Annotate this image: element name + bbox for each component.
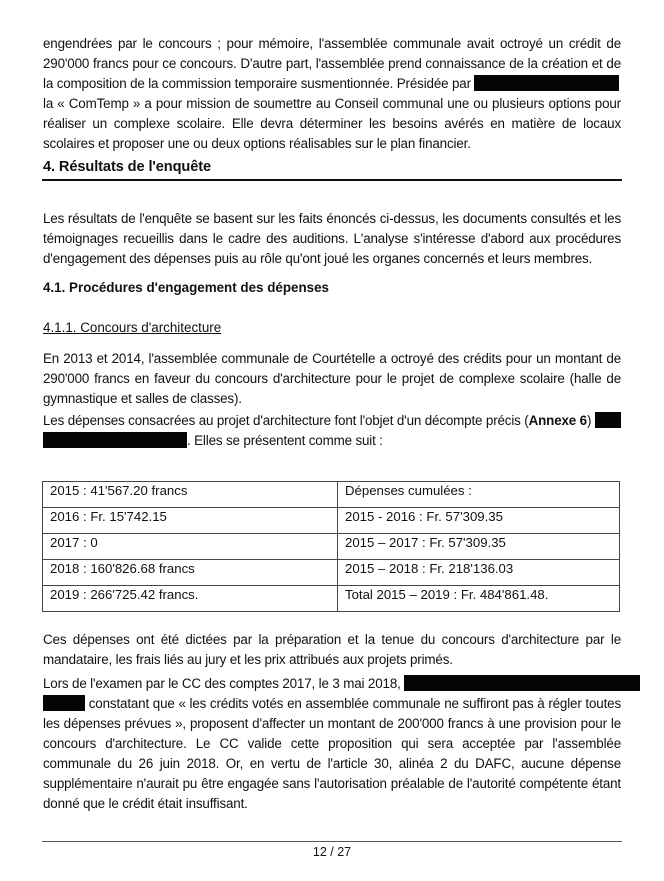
- text-line: concours d'architecture. Le CC valide ce…: [43, 734, 621, 754]
- text-line: communale du 26 juin 2018. Or, en vertu …: [43, 754, 621, 774]
- text-fragment: . Elles se présentent comme suit :: [187, 433, 383, 448]
- intro-paragraph: engendrées par le concours ; pour mémoir…: [43, 34, 621, 154]
- text-line: supplémentaire n'aurait pu être engagée …: [43, 774, 621, 794]
- text-line: la composition de la commission temporai…: [43, 74, 621, 94]
- text-line: témoignages recueillis dans le cadre des…: [43, 229, 621, 249]
- after-table-paragraph-2: Lors de l'examen par le CC des comptes 2…: [43, 674, 621, 814]
- text-line: d'engagement des dépenses puis au rôle q…: [43, 249, 621, 269]
- redaction-block: [43, 432, 187, 448]
- text-line: . Elles se présentent comme suit :: [43, 431, 621, 451]
- section-4-paragraph: Les résultats de l'enquête se basent sur…: [43, 209, 621, 269]
- cumulative-expense-cell: Total 2015 – 2019 : Fr. 484'861.48.: [338, 586, 620, 612]
- heading-rule: [42, 179, 622, 181]
- text-line: gymnastique et salles de classes).: [43, 389, 621, 409]
- text-line: constatant que « les crédits votés en as…: [43, 694, 621, 714]
- text-line: Les résultats de l'enquête se basent sur…: [43, 209, 621, 229]
- text-fragment: ): [587, 413, 591, 428]
- annual-expense-cell: 2016 : Fr. 15'742.15: [43, 508, 338, 534]
- annual-expense-cell: 2018 : 160'826.68 francs: [43, 560, 338, 586]
- after-table-paragraph-1: Ces dépenses ont été dictées par la prép…: [43, 630, 621, 670]
- cumulative-expense-cell: 2015 – 2018 : Fr. 218'136.03: [338, 560, 620, 586]
- annual-expense-cell: 2019 : 266'725.42 francs.: [43, 586, 338, 612]
- cumulative-expense-cell: 2015 – 2017 : Fr. 57'309.35: [338, 534, 620, 560]
- text-line: 290'000 francs pour ce concours. D'autre…: [43, 54, 621, 74]
- text-line: Lors de l'examen par le CC des comptes 2…: [43, 674, 621, 694]
- text-line: donné que le crédit était insuffisant.: [43, 794, 621, 814]
- text-line: mandataire, les frais liés au jury et le…: [43, 650, 621, 670]
- subsubsection-heading: 4.1.1. Concours d'architecture: [43, 320, 221, 335]
- table-row: 2017 : 02015 – 2017 : Fr. 57'309.35: [43, 534, 620, 560]
- annex-reference: Annexe 6: [529, 413, 587, 428]
- table-row: 2019 : 266'725.42 francs.Total 2015 – 20…: [43, 586, 620, 612]
- section-heading: 4. Résultats de l'enquête: [43, 159, 211, 175]
- page-number: 12 / 27: [0, 845, 664, 859]
- text-line: 290'000 francs en faveur du concours d'a…: [43, 369, 621, 389]
- table-row: 2015 : 41'567.20 francsDépenses cumulées…: [43, 482, 620, 508]
- text-line: les dépenses prévues », proposent d'affe…: [43, 714, 621, 734]
- redaction-block: [474, 75, 619, 91]
- text-fragment: Les dépenses consacrées au projet d'arch…: [43, 413, 529, 428]
- text-line: Les dépenses consacrées au projet d'arch…: [43, 411, 621, 431]
- text-line: la « ComTemp » a pour mission de soumett…: [43, 94, 621, 114]
- text-line: réaliser un complexe scolaire. Elle devr…: [43, 114, 621, 134]
- table-row: 2016 : Fr. 15'742.152015 - 2016 : Fr. 57…: [43, 508, 620, 534]
- redaction-block: [404, 675, 640, 691]
- text-fragment: constatant que « les crédits votés en as…: [89, 696, 621, 711]
- annual-expense-cell: 2015 : 41'567.20 francs: [43, 482, 338, 508]
- text-fragment: Lors de l'examen par le CC des comptes 2…: [43, 676, 401, 691]
- subsection-heading: 4.1. Procédures d'engagement des dépense…: [43, 280, 329, 295]
- text-line: scolaires et proposer une ou deux option…: [43, 134, 621, 154]
- redaction-block: [43, 695, 85, 711]
- table-row: 2018 : 160'826.68 francs2015 – 2018 : Fr…: [43, 560, 620, 586]
- text-line: En 2013 et 2014, l'assemblée communale d…: [43, 349, 621, 369]
- footer-rule: [42, 841, 622, 842]
- annual-expense-cell: 2017 : 0: [43, 534, 338, 560]
- text-fragment: la composition de la commission temporai…: [43, 76, 471, 91]
- text-line: Ces dépenses ont été dictées par la prép…: [43, 630, 621, 650]
- text-line: engendrées par le concours ; pour mémoir…: [43, 34, 621, 54]
- expenses-intro-paragraph: Les dépenses consacrées au projet d'arch…: [43, 411, 621, 451]
- redaction-block: [595, 412, 621, 428]
- cumulative-expense-cell: Dépenses cumulées :: [338, 482, 620, 508]
- expenses-table: 2015 : 41'567.20 francsDépenses cumulées…: [42, 481, 620, 612]
- section-4-1-1-paragraph: En 2013 et 2014, l'assemblée communale d…: [43, 349, 621, 409]
- cumulative-expense-cell: 2015 - 2016 : Fr. 57'309.35: [338, 508, 620, 534]
